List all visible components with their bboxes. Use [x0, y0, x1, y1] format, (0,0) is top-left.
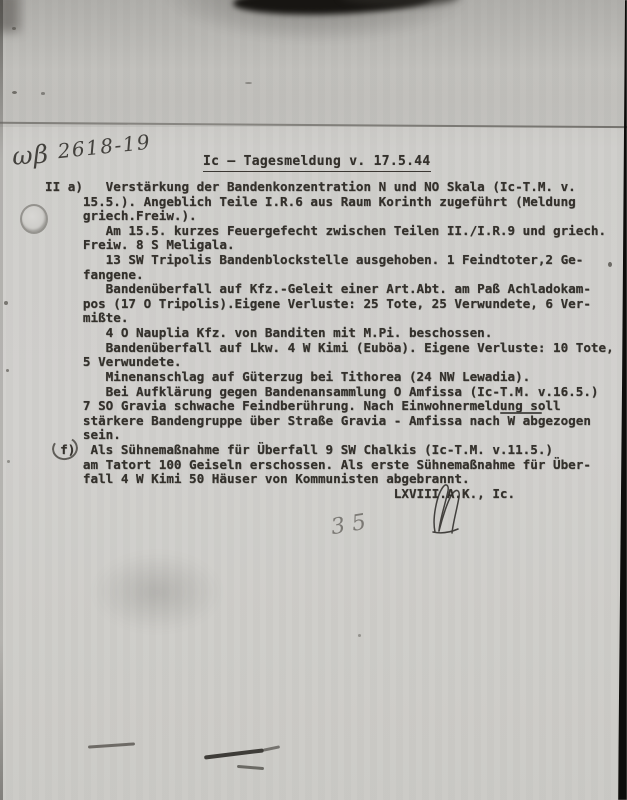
report-title-text: Ic – Tagesmeldung v. 17.5.44 [203, 154, 431, 172]
typewritten-line: 4 O Nauplia Kfz. von Banditen mit M.Pi. … [45, 326, 614, 341]
typewritten-line: Bandenüberfall auf Kfz.-Geleit einer Art… [45, 282, 614, 297]
report-body: II a) Verstärkung der Bandenkonzentratio… [45, 180, 614, 501]
typewritten-line: 13 SW Tripolis Bandenblockstelle ausgeho… [45, 253, 614, 268]
typewritten-line: Bandenüberfall auf Lkw. 4 W Kimi (Euböa)… [45, 341, 614, 356]
typewritten-line: pos (17 O Tripolis).Eigene Verluste: 25 … [45, 297, 614, 312]
typewritten-line: 5 Verwundete. [45, 355, 614, 370]
scan-speck [420, 257, 423, 259]
scan-speck [6, 369, 9, 372]
scan-artifact [263, 745, 280, 751]
typewritten-line: Freiw. 8 S Meligala. [45, 238, 614, 253]
scan-speck [608, 262, 612, 267]
scan-artifact [237, 765, 264, 770]
scan-speck [12, 27, 16, 30]
punch-hole [20, 204, 48, 234]
scan-artifact [88, 742, 135, 748]
scan-smudge [0, 0, 20, 32]
typewritten-line: am Tatort 100 Geiseln erschossen. Als er… [45, 458, 614, 473]
scan-smudge [92, 552, 222, 632]
typewritten-line: griech.Freiw.). [45, 209, 614, 224]
typewritten-line: II a) Verstärkung der Bandenkonzentratio… [45, 180, 614, 195]
typewritten-line: Minenanschlag auf Güterzug bei Tithorea … [45, 370, 614, 385]
scan-artifact [204, 748, 264, 759]
typewritten-line: Am 15.5. kurzes Feuergefecht zwischen Te… [45, 224, 614, 239]
handwritten-file-number: 2618-19 [56, 130, 152, 164]
typewritten-line: sein. [45, 428, 614, 443]
page-left-edge [0, 0, 3, 800]
handwritten-initials: ωβ [11, 139, 50, 170]
scan-speck [41, 92, 45, 95]
handwritten-page-number: 35 [329, 509, 374, 540]
scan-speck [12, 91, 17, 94]
signature-mark [424, 481, 474, 535]
typewritten-line: fangene. [45, 268, 614, 283]
typewritten-line: Bei Aufklärung gegen Bandenansammlung O … [45, 385, 614, 400]
typewritten-line: LXVIII.A.K., Ic. [45, 487, 614, 502]
typewritten-line: stärkere Bandengruppe über Straße Gravia… [45, 414, 614, 429]
scan-artifact [500, 412, 542, 414]
typewritten-line: 15.5.). Angeblich Teile I.R.6 aus Raum K… [45, 195, 614, 210]
handwritten-annotation: ωβ2618-19 [11, 132, 152, 171]
scan-page: ωβ2618-19 Ic – Tagesmeldung v. 17.5.44 I… [0, 0, 627, 800]
report-title: Ic – Tagesmeldung v. 17.5.44 [203, 154, 431, 169]
typewritten-line: fall 4 W Kimi 50 Häuser von Kommunisten … [45, 472, 614, 487]
typewritten-line: f) Als Sühnemaßnahme für Überfall 9 SW C… [45, 443, 614, 458]
scan-speck [245, 82, 252, 84]
scan-speck [358, 634, 361, 637]
typewritten-line: mißte. [45, 311, 614, 326]
scan-speck [4, 301, 8, 305]
scan-speck [7, 460, 10, 463]
